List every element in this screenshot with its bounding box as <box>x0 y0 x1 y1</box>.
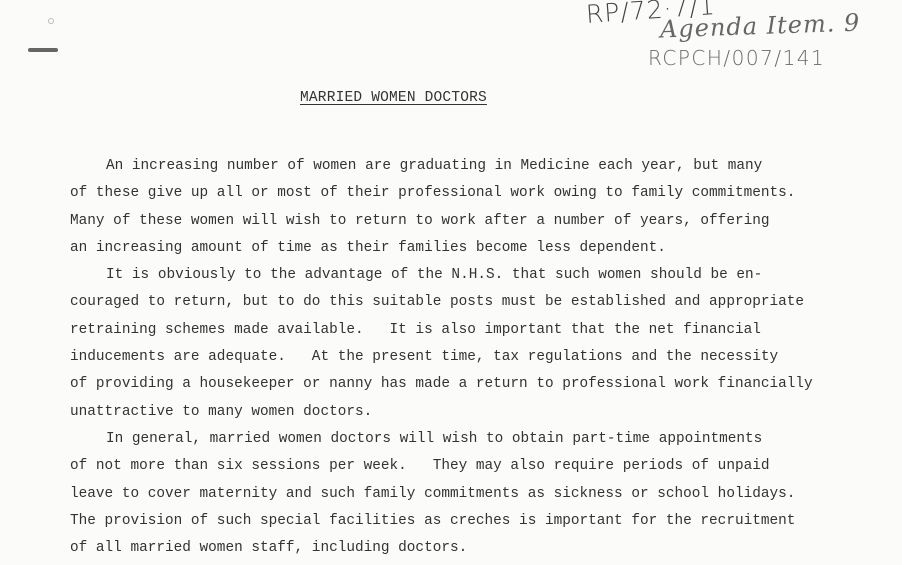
text-line: inducements are adequate. At the present… <box>70 344 870 371</box>
text-line: In general, married women doctors will w… <box>70 426 870 453</box>
staple-hole-mark <box>48 18 54 24</box>
document-body: An increasing number of women are gradua… <box>70 153 870 562</box>
text-line: unattractive to many women doctors. <box>70 399 870 426</box>
document-title: MARRIED WOMEN DOCTORS <box>300 90 487 106</box>
text-line: An increasing number of women are gradua… <box>70 153 870 180</box>
text-line: retraining schemes made available. It is… <box>70 317 870 344</box>
text-line: Many of these women will wish to return … <box>70 208 870 235</box>
text-line: It is obviously to the advantage of the … <box>70 262 870 289</box>
text-line: of providing a housekeeper or nanny has … <box>70 371 870 398</box>
paragraph-2: It is obviously to the advantage of the … <box>70 262 870 426</box>
paragraph-3: In general, married women doctors will w… <box>70 426 870 562</box>
text-line: couraged to return, but to do this suita… <box>70 289 870 316</box>
text-line: The provision of such special facilities… <box>70 508 870 535</box>
handwritten-archive-code: RCPCH/007/141 <box>648 46 825 70</box>
text-line: of all married women staff, including do… <box>70 535 870 562</box>
text-line: leave to cover maternity and such family… <box>70 481 870 508</box>
text-line: of these give up all or most of their pr… <box>70 180 870 207</box>
text-line: an increasing amount of time as their fa… <box>70 235 870 262</box>
handwritten-agenda-note: Agenda Item. 9 <box>660 9 861 44</box>
text-line: of not more than six sessions per week. … <box>70 453 870 480</box>
staple-icon <box>28 48 58 52</box>
paragraph-1: An increasing number of women are gradua… <box>70 153 870 262</box>
